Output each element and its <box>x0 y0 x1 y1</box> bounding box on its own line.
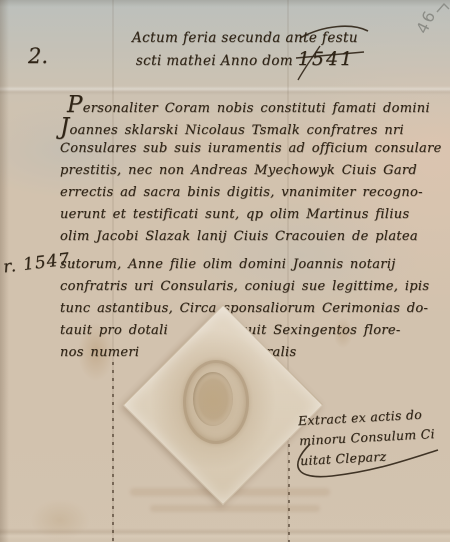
body-line: Consulares sub suis iuramentis ad offici… <box>60 138 450 160</box>
body-line: uerunt et testificati sunt, qp olim Mart… <box>60 204 450 226</box>
heading-line-2-text: scti mathei Anno dom <box>136 53 293 69</box>
seal-impression-center <box>193 372 233 426</box>
signature-flourish <box>280 440 445 490</box>
margin-numeral: 2. <box>28 44 48 68</box>
body-line: Personaliter Coram nobis constituti fama… <box>60 94 450 116</box>
body-line: tunc astantibus, Circa sponsaliorum Ceri… <box>60 298 450 320</box>
manuscript-page: 46 2. r. 1547. Actum feria secunda ante … <box>0 0 450 542</box>
fold-stain-left <box>112 362 114 542</box>
body-line: errectis ad sacra binis digitis, vnanimi… <box>60 182 450 204</box>
body-line: confratris uri Consularis, coniugi sue l… <box>60 276 450 298</box>
pen-flourish <box>292 22 376 82</box>
body-line: olim Jacobi Slazak lanij Ciuis Cracouien… <box>60 226 450 248</box>
body-line: prestitis, nec non Andreas Myechowyk Ciu… <box>60 160 450 182</box>
body-line-fragment: tauit pro dotali <box>60 320 168 342</box>
pencil-tick-mark <box>436 2 450 14</box>
body-paragraph: Personaliter Coram nobis constituti fama… <box>60 94 450 364</box>
body-line: sutorum, Anne filie olim domini Joannis … <box>60 254 450 276</box>
body-line-fragment: nos numeri <box>60 342 139 364</box>
body-line: Joannes sklarski Nicolaus Tsmalk confrat… <box>60 116 450 138</box>
ink-show-through <box>150 505 320 512</box>
